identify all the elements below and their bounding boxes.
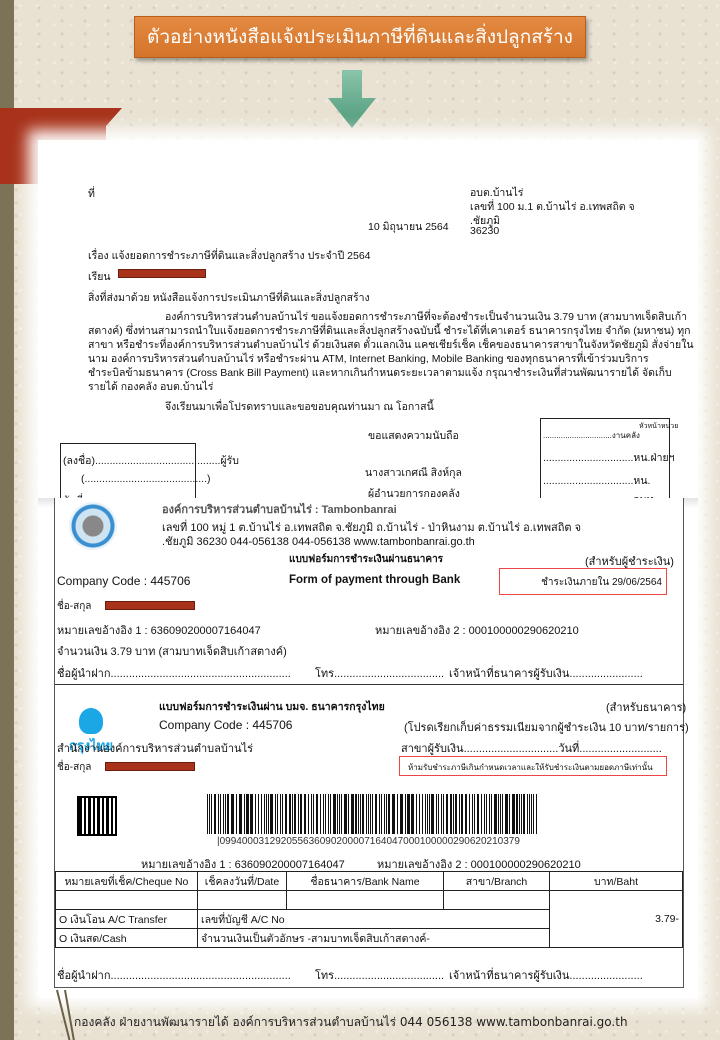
bank-phone: โทร.................................... [315,966,444,984]
ref-label: ที่ [88,185,95,202]
org-seal-logo [69,502,117,550]
header-bank-name: ชื่อธนาคาร/Bank Name [287,872,444,891]
account-no-label: เลขที่บัญชี A/C No [198,910,550,929]
header-branch: สาขา/Branch [444,872,550,891]
redacted-payer-name [105,601,195,610]
branch-date: สาขาผู้รับเงิน..........................… [401,739,662,757]
header-baht: บาท/Baht [550,872,683,891]
payer-phone: โทร.................................... [315,664,444,682]
redacted-bank-name [105,762,195,771]
amount-in-words: จำนวนเงินเป็นตัวอักษร -สามบาทเจ็ดสิบเก้า… [198,929,550,948]
header-date: เช็คลงวันที่/Date [198,872,287,891]
barcode [207,794,537,834]
qr-code [77,796,117,836]
payer-ref-1: หมายเลขอ้างอิง 1 : 636090200007164047 [57,621,261,639]
warning-box: ห้ามรับชำระภาษีเกินกำหนดเวลาและให้รับชำร… [399,756,667,776]
receipt-sign: (ลงชื่อ)................................… [63,452,239,469]
footer-text: กองคลัง ฝ่ายงานพัฒนารายได้ องค์การบริหาร… [74,1013,628,1032]
office-name: สำนักงานองค์การบริหารส่วนตำบลบ้านไร่ [57,739,253,757]
cheque-no-cell[interactable] [56,891,198,910]
transfer-option[interactable]: O เงินโอน A/C Transfer [56,910,198,929]
approval-line-1: ...............................งานคลัง [543,429,640,442]
bank-form-title: แบบฟอร์มการชำระเงินผ่าน บมจ. ธนาคารกรุงไ… [159,698,385,715]
receipt-box: (ลงชื่อ)................................… [60,443,196,503]
header-cheque-no: หมายเลขที่เช็ค/Cheque No [56,872,198,891]
approval-line-3: ...............................หน. [543,472,650,489]
payer-amount: จำนวนเงิน 3.79 บาท (สามบาทเจ็ดสิบเก้าสตา… [57,642,287,660]
cheque-date-cell[interactable] [198,891,287,910]
table-header-row: หมายเลขที่เช็ค/Cheque No เช็คลงวันที่/Da… [56,872,683,891]
approval-head: หัวหน้าหน่วย [639,421,678,432]
due-date-box: ชำระเงินภายใน 29/06/2564 [499,568,667,595]
payer-ref-2: หมายเลขอ้างอิง 2 : 000100000290620210 [375,621,579,639]
enclosure: สิ่งที่ส่งมาด้วย หนังสือแจ้งการประเมินภา… [88,289,370,306]
redacted-name [118,269,206,278]
due-date: ชำระเงินภายใน 29/06/2564 [500,575,662,590]
letter-subject: เรื่อง แจ้งยอดการชำระภาษีที่ดินและสิ่งปล… [88,247,371,264]
approval-box: หัวหน้าหน่วย ...........................… [540,418,670,502]
warning-text: ห้ามรับชำระภาษีเกินกำหนดเวลาและให้รับชำร… [408,761,653,774]
body-line-6: รายได้ กองคลัง อบต.บ้านไร่ [88,378,213,395]
org-address-2: .ชัยภูมิ 36230 044-056138 044-056138 www… [162,532,475,550]
payer-officer: เจ้าหน้าที่ธนาคารผู้รับเงิน.............… [449,664,643,682]
payer-form-title-en: Form of payment through Bank [289,574,460,586]
payer-name-label: ชื่อ-สกุล [57,599,91,614]
approval-line-2: ...............................หน.ฝ่ายฯ [543,449,675,466]
tax-notice-document: ที่ อบต.บ้านไร่ เลขที่ 100 ม.1 ต.บ้านไร่… [38,140,698,998]
baht-amount: 3.79- [550,891,683,948]
arrow-down-icon [328,70,376,128]
barcode-number: |099400031292055636090200007164047000100… [217,836,520,847]
krungthai-bird-icon [79,708,103,734]
signer-name: นางสาวเกศณี สิงห์กุล [365,464,462,481]
bank-name-cell[interactable] [287,891,444,910]
bank-depositor: ชื่อผู้นำฝาก............................… [57,966,291,984]
title-banner: ตัวอย่างหนังสือแจ้งประเมินภาษีที่ดินและส… [134,16,586,58]
payment-method-table: หมายเลขที่เช็ค/Cheque No เช็คลงวันที่/Da… [55,871,683,948]
org-name: องค์การบริหารส่วนตำบลบ้านไร่ : Tambonban… [162,500,397,518]
bank-officer: เจ้าหน้าที่ธนาคารผู้รับเงิน.............… [449,966,643,984]
payer-company-code: Company Code : 445706 [57,574,190,588]
branch-cell[interactable] [444,891,550,910]
bank-company-code: Company Code : 445706 [159,718,292,732]
sender-line-4: 36230 [470,225,499,237]
cash-option[interactable]: O เงินสด/Cash [56,929,198,948]
bank-name-label: ชื่อ-สกุล [57,760,91,775]
letter-date: 10 มิถุนายน 2564 [368,218,449,235]
closing: จึงเรียนมาเพื่อโปรดทราบและขอขอบคุณท่านมา… [165,398,434,415]
payer-form-title-th: แบบฟอร์มการชำระเงินผ่านธนาคาร [289,552,443,567]
regards: ขอแสดงความนับถือ [368,427,459,444]
payment-slip: องค์การบริหารส่วนตำบลบ้านไร่ : Tambonban… [54,498,684,988]
receipt-paren: (.......................................… [81,473,211,485]
bank-for-label: (สำหรับธนาคาร) [606,698,686,716]
table-row: 3.79- [56,891,683,910]
to-label: เรียน [88,268,111,285]
slip-cut-line [55,684,683,685]
fee-note: (โปรดเรียกเก็บค่าธรรมเนียมจากผู้ชำระเงิน… [404,718,689,736]
payer-depositor: ชื่อผู้นำฝาก............................… [57,664,291,682]
